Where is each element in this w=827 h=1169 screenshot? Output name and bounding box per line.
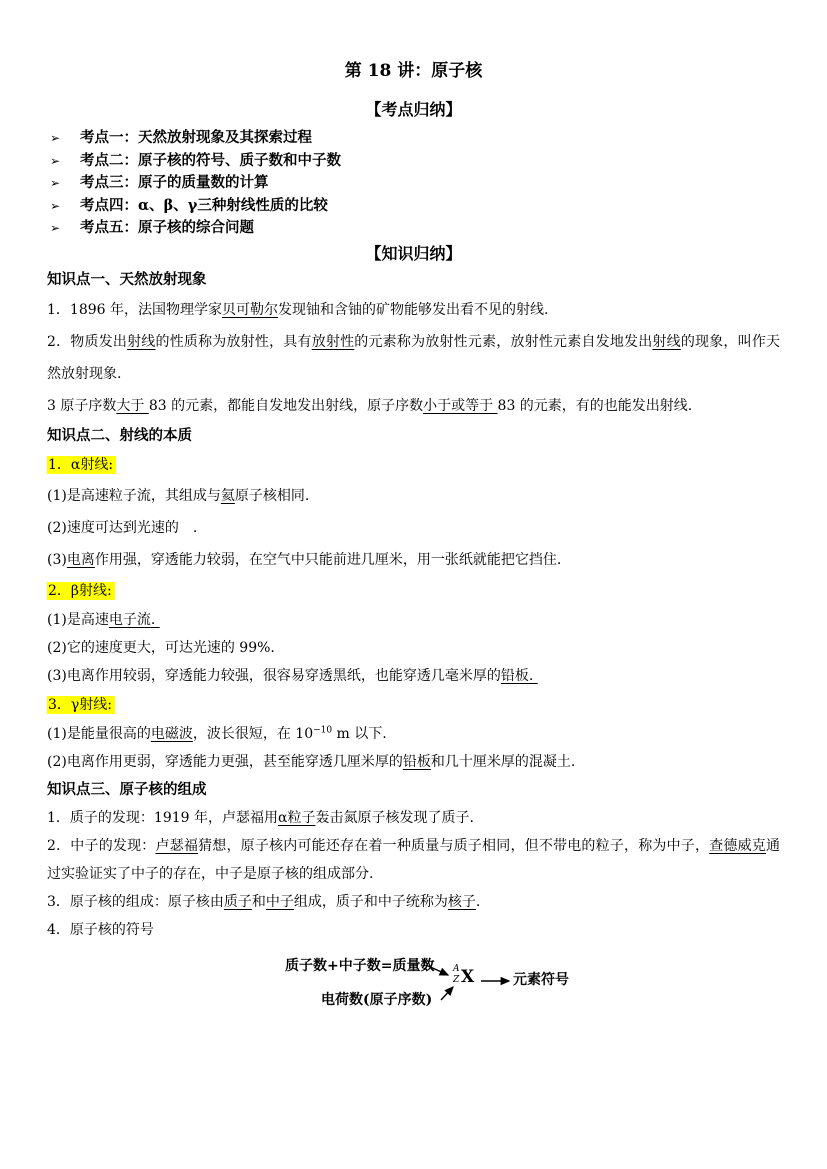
text-segment: (1)是高速粒子流，其组成与	[47, 488, 221, 504]
gamma-ray-heading: 3．γ射线:	[47, 690, 780, 720]
k3-paragraph-3: 3．原子核的组成：原子核由质子和中子组成，质子和中子统称为核子.	[47, 888, 780, 916]
bullet-arrow-icon: ➢	[47, 172, 80, 195]
charge-number-Z: Z	[453, 975, 459, 985]
section-header-kaodian: 【考点归纳】	[47, 98, 780, 122]
k1-paragraph-1: 1．1896 年，法国物理学家贝可勒尔发现铀和含铀的矿物能够发出看不见的射线.	[47, 294, 780, 326]
text-segment: 和几十厘米厚的混凝土.	[431, 754, 575, 770]
text-segment: 猜想，原子核内可能还存在着一种质量与质子相同，但不带电的粒子，称为中子，	[198, 838, 709, 854]
text-segment: (3)电离作用较弱，穿透能力较强，很容易穿透黑纸，也能穿透几毫米厚的	[47, 668, 501, 684]
knowledge-point-1-heading: 知识点一、天然放射现象	[47, 266, 780, 294]
beta-item-2: (2)它的速度更大，可达光速的 99%.	[47, 634, 780, 662]
text-segment: .	[476, 894, 480, 910]
text-segment: 贝可勒尔	[222, 302, 278, 318]
text-segment: 轰击氮原子核发现了质子.	[315, 810, 473, 826]
beta-item-3: (3)电离作用较弱，穿透能力较强，很容易穿透黑纸，也能穿透几毫米厚的铅板.	[47, 662, 780, 690]
text-segment: 作用强，穿透能力较弱，在空气中只能前进几厘米，用一张纸就能把它挡住.	[95, 552, 561, 568]
document-page: 第 18 讲：原子核 【考点归纳】 ➢ 考点一：天然放射现象及其探索过程 ➢ 考…	[0, 0, 827, 1014]
beta-ray-heading: 2．β射线:	[47, 576, 780, 606]
text-segment: 83 的元素，有的也能发出射线.	[498, 398, 693, 414]
text-segment: 原子核相同.	[235, 488, 309, 504]
text-segment: (1)是高速	[47, 612, 109, 628]
text-segment: 2．物质发出	[47, 334, 127, 350]
text-segment: (3)	[47, 552, 67, 568]
text-segment: 放射性	[312, 334, 355, 350]
section-header-zhishi: 【知识归纳】	[47, 242, 780, 266]
text-segment: (2)它的速度更大，可达光速的 99%.	[47, 640, 275, 656]
text-segment: 质子	[224, 894, 252, 910]
text-segment: 电子流.	[109, 612, 160, 628]
text-segment: 中子	[266, 894, 294, 910]
text-segment: 大于	[116, 398, 148, 414]
text-segment: 电磁波	[151, 726, 193, 742]
k1-paragraph-2: 2．物质发出射线的性质称为放射性，具有放射性的元素称为放射性元素，放射性元素自发…	[47, 326, 780, 390]
exam-point-4: 考点四：α、β、γ三种射线性质的比较	[80, 195, 328, 218]
nuclide-notation-diagram: 质子数+中子数=质量数 电荷数(原子序数) A Z X 元素符号	[285, 954, 605, 1014]
exam-point-5: 考点五：原子核的综合问题	[80, 217, 254, 240]
text-segment: 氦	[221, 488, 235, 504]
alpha-item-2: (2)速度可达到光速的 .	[47, 512, 780, 544]
text-segment: 3．原子核的组成：原子核由	[47, 894, 224, 910]
alpha-item-3: (3)电离作用强，穿透能力较弱，在空气中只能前进几厘米，用一张纸就能把它挡住.	[47, 544, 780, 576]
page-title: 第 18 讲：原子核	[47, 58, 780, 84]
element-X: X	[461, 968, 474, 986]
k3-paragraph-4: 4．原子核的符号	[47, 916, 780, 944]
exam-point-3: 考点三：原子的质量数的计算	[80, 172, 269, 195]
text-segment: 组成，质子和中子统称为	[294, 894, 448, 910]
text-segment: 卢瑟福	[156, 838, 199, 854]
text-segment: 小于或等于	[423, 398, 497, 414]
k1-paragraph-3: 3 原子序数大于 83 的元素，都能自发地发出射线，原子序数小于或等于 83 的…	[47, 390, 780, 422]
diagram-charge-number-label: 电荷数(原子序数)	[321, 992, 432, 1008]
alpha-item-1: (1)是高速粒子流，其组成与氦原子核相同.	[47, 480, 780, 512]
text-segment: m 以下.	[332, 726, 387, 742]
k3-paragraph-2: 2．中子的发现：卢瑟福猜想，原子核内可能还存在着一种质量与质子相同，但不带电的粒…	[47, 832, 780, 888]
exam-points-list: ➢ 考点一：天然放射现象及其探索过程 ➢ 考点二：原子核的符号、质子数和中子数 …	[47, 127, 780, 240]
text-segment: 1．质子的发现：1919 年，卢瑟福用	[47, 810, 278, 826]
list-item: ➢ 考点一：天然放射现象及其探索过程	[47, 127, 780, 150]
text-segment: 的性质称为放射性，具有	[156, 334, 312, 350]
bullet-arrow-icon: ➢	[47, 127, 80, 150]
text-segment: α粒子	[278, 810, 315, 826]
text-segment: 查德威克	[709, 838, 766, 854]
nuclide-symbol: A Z X	[453, 966, 481, 992]
knowledge-point-3-heading: 知识点三、原子核的组成	[47, 776, 780, 804]
k3-paragraph-1: 1．质子的发现：1919 年，卢瑟福用α粒子轰击氮原子核发现了质子.	[47, 804, 780, 832]
text-segment: (1)是能量很高的	[47, 726, 151, 742]
element-symbol-label: 元素符号	[513, 972, 569, 988]
text-segment: 射线	[127, 334, 155, 350]
diagram-mass-number-label: 质子数+中子数=质量数	[285, 958, 434, 974]
text-segment: 和	[252, 894, 266, 910]
beta-ray-highlight: 2．β射线:	[47, 582, 115, 600]
list-item: ➢ 考点五：原子核的综合问题	[47, 217, 780, 240]
list-item: ➢ 考点三：原子的质量数的计算	[47, 172, 780, 195]
text-segment: 3 原子序数	[47, 398, 116, 414]
gamma-item-2: (2)电离作用更弱，穿透能力更强，甚至能穿透几厘米厚的铅板和几十厘米厚的混凝土.	[47, 748, 780, 776]
text-segment: (2)电离作用更弱，穿透能力更强，甚至能穿透几厘米厚的	[47, 754, 403, 770]
exam-point-1: 考点一：天然放射现象及其探索过程	[80, 127, 312, 150]
text-segment: 2．中子的发现：	[47, 838, 156, 854]
text-segment: 电离	[67, 552, 95, 568]
text-segment: 发现铀和含铀的矿物能够发出看不见的射线.	[278, 302, 548, 318]
knowledge-point-2-heading: 知识点二、射线的本质	[47, 422, 780, 450]
alpha-ray-heading: 1．α射线:	[47, 450, 780, 480]
text-segment: 1．1896 年，法国物理学家	[47, 302, 222, 318]
text-segment: 4．原子核的符号	[47, 922, 154, 938]
bullet-arrow-icon: ➢	[47, 150, 80, 173]
text-segment: (2)速度可达到光速的 .	[47, 520, 197, 536]
list-item: ➢ 考点四：α、β、γ三种射线性质的比较	[47, 195, 780, 218]
bullet-arrow-icon: ➢	[47, 195, 80, 218]
text-segment: 83 的元素，都能自发地发出射线，原子序数	[149, 398, 423, 414]
exam-point-2: 考点二：原子核的符号、质子数和中子数	[80, 150, 341, 173]
beta-item-1: (1)是高速电子流.	[47, 606, 780, 634]
bullet-arrow-icon: ➢	[47, 217, 80, 240]
text-segment: ，波长很短，在 10	[193, 726, 313, 742]
text-segment: −10	[313, 725, 332, 735]
text-segment: 核子	[448, 894, 476, 910]
mass-number-A: A	[453, 964, 460, 974]
list-item: ➢ 考点二：原子核的符号、质子数和中子数	[47, 150, 780, 173]
text-segment: 铅板	[403, 754, 431, 770]
gamma-ray-highlight: 3．γ射线:	[47, 696, 115, 714]
alpha-ray-highlight: 1．α射线:	[47, 456, 116, 474]
text-segment: 铅板.	[501, 668, 538, 684]
gamma-item-1: (1)是能量很高的电磁波，波长很短，在 10−10 m 以下.	[47, 720, 780, 748]
text-segment: 的元素称为放射性元素，放射性元素自发地发出	[354, 334, 652, 350]
text-segment: 射线	[652, 334, 680, 350]
